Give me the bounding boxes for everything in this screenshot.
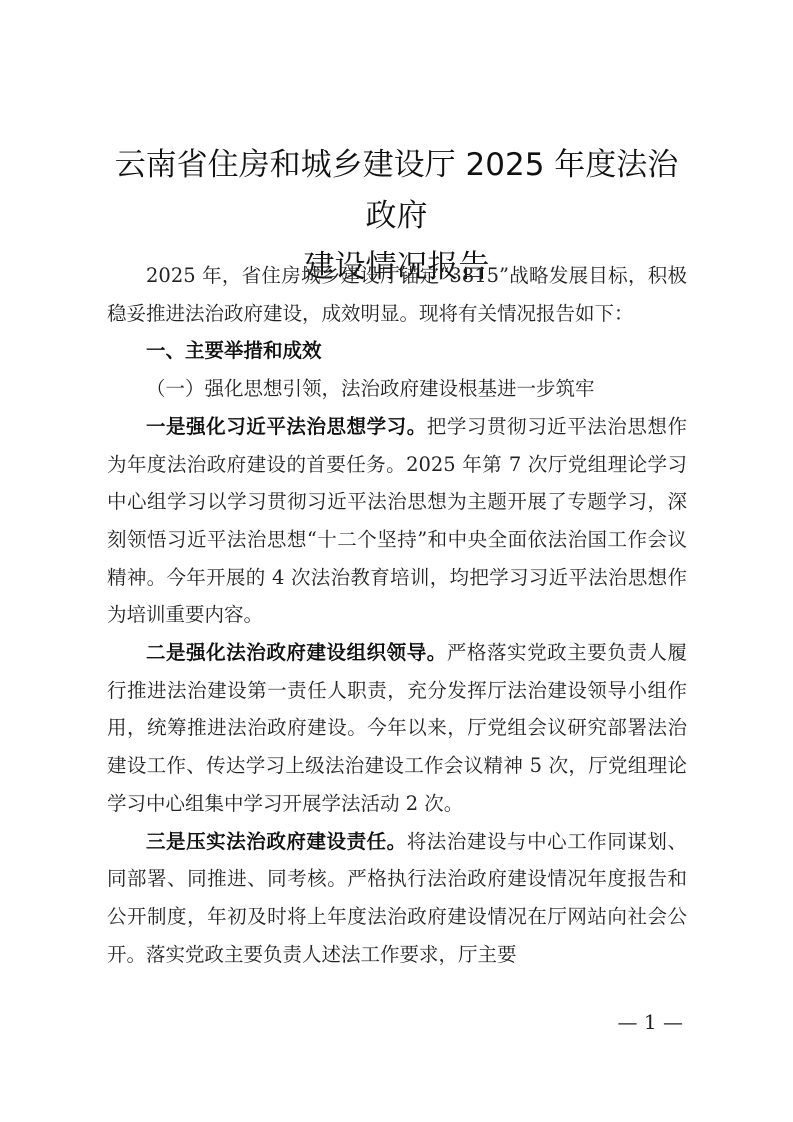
title-line-1: 云南省住房和城乡建设厅 2025 年度法治政府 [100,140,693,242]
paragraph-1-lead: 一是强化习近平法治思想学习。 [146,415,427,438]
document-page: 云南省住房和城乡建设厅 2025 年度法治政府 建设情况报告 2025 年，省住… [0,0,793,1122]
document-body: 2025 年，省住房城乡建设厅锚定“3815”战略发展目标，积极稳妥推进法治政府… [107,257,687,973]
paragraph-1: 一是强化习近平法治思想学习。把学习贯彻习近平法治思想作为年度法治政府建设的首要任… [107,408,687,634]
page-number: — 1 — [618,1010,683,1034]
paragraph-2: 二是强化法治政府建设组织领导。严格落实党政主要负责人履行推进法治建设第一责任人职… [107,634,687,823]
paragraph-1-text: 把学习贯彻习近平法治思想作为年度法治政府建设的首要任务。2025 年第 7 次厅… [107,415,687,627]
paragraph-2-lead: 二是强化法治政府建设组织领导。 [146,641,447,664]
paragraph-2-text: 严格落实党政主要负责人履行推进法治建设第一责任人职责，充分发挥厅法治建设领导小组… [107,641,687,815]
paragraph-3-lead: 三是压实法治政府建设责任。 [146,830,407,853]
paragraph-3: 三是压实法治政府建设责任。将法治建设与中心工作同谋划、同部署、同推进、同考核。严… [107,823,687,974]
subsection-heading: （一）强化思想引领，法治政府建设根基进一步筑牢 [107,370,687,408]
intro-paragraph: 2025 年，省住房城乡建设厅锚定“3815”战略发展目标，积极稳妥推进法治政府… [107,257,687,332]
section-heading: 一、主要举措和成效 [107,332,687,370]
